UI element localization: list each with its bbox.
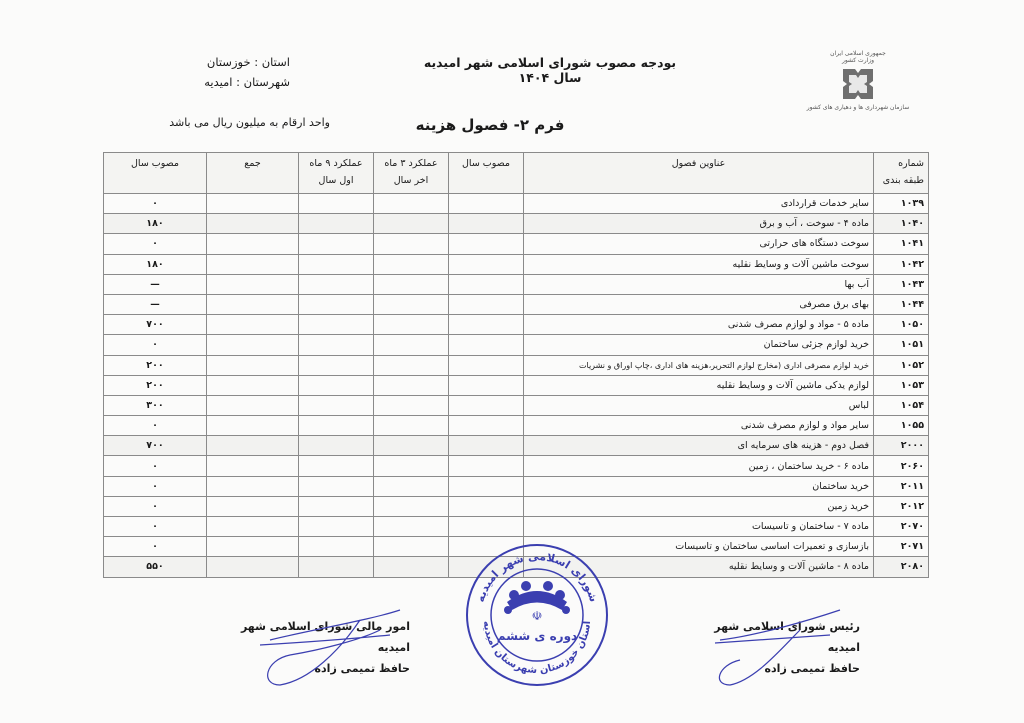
- row-title: سایر خدمات قراردادی: [524, 194, 874, 214]
- cell-perf-3m: [374, 496, 449, 516]
- table-row: ۱۰۵۵ سایر مواد و لوازم مصرف شدنی ۰: [104, 416, 929, 436]
- row-title: ماده ۷ - ساختمان و تاسیسات: [524, 517, 874, 537]
- row-code: ۱۰۵۲: [874, 355, 929, 375]
- row-title: خرید لوازم جزئی ساختمان: [524, 335, 874, 355]
- cell-perf-3m: [374, 315, 449, 335]
- cell-total: [207, 436, 299, 456]
- row-approved: ۳۰۰: [104, 395, 207, 415]
- cell-approved-prev: [449, 315, 524, 335]
- cell-approved-prev: [449, 476, 524, 496]
- row-title: ماده ۴ - سوخت ، آب و برق: [524, 214, 874, 234]
- row-title: خرید ساختمان: [524, 476, 874, 496]
- cell-approved-prev: [449, 335, 524, 355]
- row-approved: ۱۸۰: [104, 254, 207, 274]
- col-code: شماره طبقه بندی: [874, 153, 929, 194]
- row-approved: —: [104, 294, 207, 314]
- cell-total: [207, 416, 299, 436]
- row-approved: ۰: [104, 335, 207, 355]
- row-approved: ۲۰۰: [104, 375, 207, 395]
- table-row: ۱۰۴۴ بهای برق مصرفی —: [104, 294, 929, 314]
- signature-right-name: حافظ تمیمی زاده: [680, 658, 860, 679]
- unit-note: واحد ارقام به میلیون ریال می باشد: [130, 116, 330, 129]
- cell-approved-prev: [449, 456, 524, 476]
- cell-approved-prev: [449, 416, 524, 436]
- cell-total: [207, 456, 299, 476]
- row-code: ۱۰۳۹: [874, 194, 929, 214]
- row-title: سایر مواد و لوازم مصرف شدنی: [524, 416, 874, 436]
- cell-perf-9m: [299, 456, 374, 476]
- table-row: ۱۰۴۱ سوخت دستگاه های حرارتی ۰: [104, 234, 929, 254]
- col-perf-9m: عملکرد ۹ ماه اول سال: [299, 153, 374, 194]
- row-code: ۱۰۴۰: [874, 214, 929, 234]
- form-title: فرم ۲- فصول هزینه: [390, 116, 590, 134]
- cell-perf-3m: [374, 274, 449, 294]
- row-code: ۱۰۵۰: [874, 315, 929, 335]
- cell-perf-3m: [374, 416, 449, 436]
- cell-perf-3m: [374, 476, 449, 496]
- cell-approved-prev: [449, 496, 524, 516]
- signature-left-role: امور مالی شورای اسلامی شهر امیدیه: [230, 616, 410, 658]
- stamp-center-text: دوره ی ششم: [497, 629, 577, 644]
- table-row: ۱۰۵۱ خرید لوازم جزئی ساختمان ۰: [104, 335, 929, 355]
- col-approved-prev: مصوب سال: [449, 153, 524, 194]
- row-approved: ۰: [104, 496, 207, 516]
- row-title: لباس: [524, 395, 874, 415]
- row-title: فصل دوم - هزینه های سرمایه ای: [524, 436, 874, 456]
- cell-perf-9m: [299, 395, 374, 415]
- cell-approved-prev: [449, 194, 524, 214]
- cell-perf-3m: [374, 557, 449, 577]
- table-row: ۱۰۵۴ لباس ۳۰۰: [104, 395, 929, 415]
- cell-perf-9m: [299, 517, 374, 537]
- expense-table: شماره طبقه بندی عناوین فصول مصوب سال عمل…: [103, 152, 929, 578]
- table-row: ۲۰۰۰ فصل دوم - هزینه های سرمایه ای ۷۰۰: [104, 436, 929, 456]
- table-row: ۱۰۵۲ خرید لوازم مصرفی اداری (مخارج لوازم…: [104, 355, 929, 375]
- col-approved: مصوب سال: [104, 153, 207, 194]
- cell-perf-3m: [374, 194, 449, 214]
- ministry-logo: جمهوری اسلامی ایران وزارت کشور سازمان شه…: [806, 50, 910, 142]
- row-approved: ۷۰۰: [104, 436, 207, 456]
- table-row: ۱۰۴۳ آب بها —: [104, 274, 929, 294]
- cell-approved-prev: [449, 355, 524, 375]
- cell-perf-9m: [299, 375, 374, 395]
- cell-perf-9m: [299, 254, 374, 274]
- cell-perf-9m: [299, 355, 374, 375]
- row-code: ۱۰۴۱: [874, 234, 929, 254]
- cell-total: [207, 375, 299, 395]
- cell-approved-prev: [449, 436, 524, 456]
- cell-perf-9m: [299, 315, 374, 335]
- cell-perf-9m: [299, 234, 374, 254]
- cell-perf-3m: [374, 254, 449, 274]
- cell-total: [207, 557, 299, 577]
- table-row: ۱۰۴۰ ماده ۴ - سوخت ، آب و برق ۱۸۰: [104, 214, 929, 234]
- row-title: سوخت ماشین آلات و وسایط نقلیه: [524, 254, 874, 274]
- cell-perf-3m: [374, 436, 449, 456]
- col-perf-3m: عملکرد ۳ ماه اخر سال: [374, 153, 449, 194]
- iran-emblem-icon: ☫: [532, 609, 543, 623]
- ministry-emblem-icon: [841, 67, 875, 101]
- row-approved: ۰: [104, 416, 207, 436]
- row-approved: ۰: [104, 234, 207, 254]
- table-header-row: شماره طبقه بندی عناوین فصول مصوب سال عمل…: [104, 153, 929, 194]
- cell-perf-9m: [299, 476, 374, 496]
- cell-perf-9m: [299, 557, 374, 577]
- cell-perf-9m: [299, 436, 374, 456]
- cell-perf-9m: [299, 335, 374, 355]
- row-title: آب بها: [524, 274, 874, 294]
- cell-perf-3m: [374, 355, 449, 375]
- row-approved: ۷۰۰: [104, 315, 207, 335]
- cell-perf-9m: [299, 214, 374, 234]
- cell-total: [207, 294, 299, 314]
- table-row: ۲۰۶۰ ماده ۶ - خرید ساختمان ، زمین ۰: [104, 456, 929, 476]
- cell-total: [207, 254, 299, 274]
- table-row: ۲۰۱۲ خرید زمین ۰: [104, 496, 929, 516]
- row-approved: ۰: [104, 517, 207, 537]
- council-stamp: شورای اسلامی شهر امیدیه استان خوزستان شه…: [462, 540, 612, 690]
- cell-perf-3m: [374, 456, 449, 476]
- cell-approved-prev: [449, 254, 524, 274]
- table-row: ۲۰۷۰ ماده ۷ - ساختمان و تاسیسات ۰: [104, 517, 929, 537]
- cell-approved-prev: [449, 214, 524, 234]
- signature-finance: امور مالی شورای اسلامی شهر امیدیه حافظ ت…: [230, 616, 410, 679]
- row-title: بهای برق مصرفی: [524, 294, 874, 314]
- cell-total: [207, 517, 299, 537]
- cell-perf-9m: [299, 274, 374, 294]
- col-total: جمع: [207, 153, 299, 194]
- row-code: ۱۰۴۳: [874, 274, 929, 294]
- col-title: عناوین فصول: [524, 153, 874, 194]
- row-code: ۲۰۰۰: [874, 436, 929, 456]
- cell-total: [207, 355, 299, 375]
- signature-left-name: حافظ تمیمی زاده: [230, 658, 410, 679]
- signature-chairman: رئیس شورای اسلامی شهر امیدیه حافظ تمیمی …: [680, 616, 860, 679]
- cell-perf-3m: [374, 335, 449, 355]
- cell-perf-3m: [374, 537, 449, 557]
- row-code: ۱۰۵۴: [874, 395, 929, 415]
- row-code: ۲۰۷۱: [874, 537, 929, 557]
- row-code: ۱۰۵۳: [874, 375, 929, 395]
- row-approved: ۵۵۰: [104, 557, 207, 577]
- row-code: ۱۰۴۴: [874, 294, 929, 314]
- cell-total: [207, 274, 299, 294]
- cell-approved-prev: [449, 517, 524, 537]
- signature-right-role: رئیس شورای اسلامی شهر امیدیه: [680, 616, 860, 658]
- cell-total: [207, 214, 299, 234]
- logo-line-3: سازمان شهرداری ها و دهیاری های کشور: [806, 104, 910, 111]
- row-code: ۱۰۴۲: [874, 254, 929, 274]
- row-approved: ۲۰۰: [104, 355, 207, 375]
- county-label: شهرستان : امیدیه: [140, 72, 290, 92]
- cell-total: [207, 537, 299, 557]
- document-title: بودجه مصوب شورای اسلامی شهر امیدیه سال ۱…: [420, 55, 680, 85]
- cell-approved-prev: [449, 234, 524, 254]
- logo-line-1: جمهوری اسلامی ایران: [806, 50, 910, 57]
- cell-perf-3m: [374, 395, 449, 415]
- cell-total: [207, 476, 299, 496]
- table-row: ۱۰۳۹ سایر خدمات قراردادی ۰: [104, 194, 929, 214]
- cell-perf-3m: [374, 234, 449, 254]
- cell-perf-9m: [299, 416, 374, 436]
- row-title: لوازم یدکی ماشین آلات و وسایط نقلیه: [524, 375, 874, 395]
- cell-total: [207, 335, 299, 355]
- row-code: ۲۰۷۰: [874, 517, 929, 537]
- cell-approved-prev: [449, 395, 524, 415]
- row-title: خرید لوازم مصرفی اداری (مخارج لوازم التح…: [524, 355, 874, 375]
- row-title: خرید زمین: [524, 496, 874, 516]
- row-title: سوخت دستگاه های حرارتی: [524, 234, 874, 254]
- location-block: استان : خوزستان شهرستان : امیدیه: [140, 52, 290, 92]
- row-approved: —: [104, 274, 207, 294]
- cell-approved-prev: [449, 375, 524, 395]
- row-code: ۲۰۱۱: [874, 476, 929, 496]
- row-code: ۲۰۸۰: [874, 557, 929, 577]
- logo-line-2: وزارت کشور: [806, 57, 910, 64]
- cell-perf-3m: [374, 294, 449, 314]
- cell-approved-prev: [449, 274, 524, 294]
- cell-perf-3m: [374, 375, 449, 395]
- cell-total: [207, 234, 299, 254]
- table-row: ۱۰۴۲ سوخت ماشین آلات و وسایط نقلیه ۱۸۰: [104, 254, 929, 274]
- row-code: ۱۰۵۵: [874, 416, 929, 436]
- table-row: ۱۰۵۳ لوازم یدکی ماشین آلات و وسایط نقلیه…: [104, 375, 929, 395]
- row-approved: ۰: [104, 537, 207, 557]
- cell-perf-9m: [299, 194, 374, 214]
- row-approved: ۰: [104, 456, 207, 476]
- cell-total: [207, 194, 299, 214]
- row-title: ماده ۵ - مواد و لوازم مصرف شدنی: [524, 315, 874, 335]
- row-approved: ۰: [104, 476, 207, 496]
- cell-total: [207, 395, 299, 415]
- province-label: استان : خوزستان: [140, 52, 290, 72]
- cell-perf-9m: [299, 537, 374, 557]
- row-approved: ۱۸۰: [104, 214, 207, 234]
- cell-perf-9m: [299, 496, 374, 516]
- row-code: ۱۰۵۱: [874, 335, 929, 355]
- row-title: ماده ۶ - خرید ساختمان ، زمین: [524, 456, 874, 476]
- cell-approved-prev: [449, 294, 524, 314]
- cell-total: [207, 315, 299, 335]
- row-approved: ۰: [104, 194, 207, 214]
- table-row: ۲۰۱۱ خرید ساختمان ۰: [104, 476, 929, 496]
- row-code: ۲۰۱۲: [874, 496, 929, 516]
- row-code: ۲۰۶۰: [874, 456, 929, 476]
- cell-perf-9m: [299, 294, 374, 314]
- cell-perf-3m: [374, 214, 449, 234]
- cell-total: [207, 496, 299, 516]
- table-row: ۱۰۵۰ ماده ۵ - مواد و لوازم مصرف شدنی ۷۰۰: [104, 315, 929, 335]
- cell-perf-3m: [374, 517, 449, 537]
